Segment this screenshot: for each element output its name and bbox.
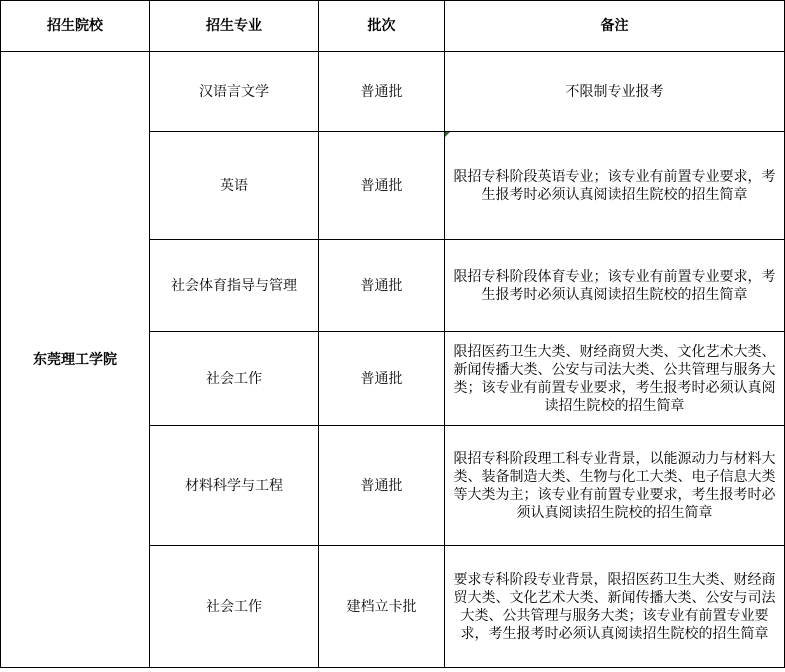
- major-cell: 汉语言文学: [150, 52, 319, 132]
- admissions-table: 招生院校 招生专业 批次 备注 东莞理工学院 汉语言文学 普通批 不限制专业报考…: [0, 0, 785, 668]
- header-row: 招生院校 招生专业 批次 备注: [1, 1, 785, 52]
- admissions-table-sheet: 招生院校 招生专业 批次 备注 东莞理工学院 汉语言文学 普通批 不限制专业报考…: [0, 0, 785, 672]
- cell-comment-marker-icon: [445, 132, 450, 137]
- major-cell: 材料科学与工程: [150, 426, 319, 546]
- note-cell: 限招专科阶段英语专业；该专业有前置专业要求，考生报考时必须认真阅读招生院校的招生…: [445, 132, 785, 240]
- note-cell: 限招专科阶段体育专业；该专业有前置专业要求，考生报考时必须认真阅读招生院校的招生…: [445, 240, 785, 332]
- batch-cell: 普通批: [319, 52, 445, 132]
- header-note: 备注: [445, 1, 785, 52]
- note-cell: 限招专科阶段理工科专业背景，以能源动力与材料大类、装备制造大类、生物与化工大类、…: [445, 426, 785, 546]
- batch-cell: 普通批: [319, 132, 445, 240]
- batch-cell: 普通批: [319, 332, 445, 426]
- header-school: 招生院校: [1, 1, 150, 52]
- school-cell: 东莞理工学院: [1, 52, 150, 668]
- note-cell: 不限制专业报考: [445, 52, 785, 132]
- batch-cell: 普通批: [319, 426, 445, 546]
- note-text: 限招专科阶段英语专业；该专业有前置专业要求，考生报考时必须认真阅读招生院校的招生…: [454, 169, 776, 203]
- table-row: 东莞理工学院 汉语言文学 普通批 不限制专业报考: [1, 52, 785, 132]
- batch-cell: 普通批: [319, 240, 445, 332]
- header-major: 招生专业: [150, 1, 319, 52]
- note-cell: 要求专科阶段专业背景，限招医药卫生大类、财经商贸大类、文化艺术大类、新闻传播大类…: [445, 546, 785, 668]
- major-cell: 社会工作: [150, 546, 319, 668]
- major-cell: 英语: [150, 132, 319, 240]
- major-cell: 社会体育指导与管理: [150, 240, 319, 332]
- note-cell: 限招医药卫生大类、财经商贸大类、文化艺术大类、新闻传播大类、公安与司法大类、公共…: [445, 332, 785, 426]
- major-cell: 社会工作: [150, 332, 319, 426]
- batch-cell: 建档立卡批: [319, 546, 445, 668]
- header-batch: 批次: [319, 1, 445, 52]
